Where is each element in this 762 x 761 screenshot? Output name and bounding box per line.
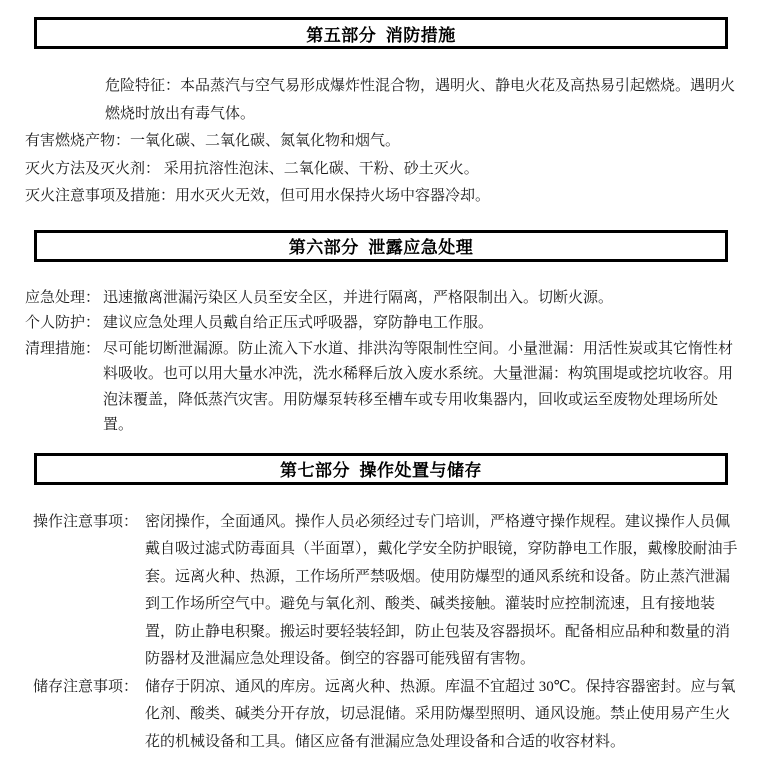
entry-label: 危险特征： [105,78,180,94]
entry-text: 建议应急处理人员戴自给正压式呼吸器，穿防静电工作服。 [103,311,738,337]
section-title-part6: 第六部分 泄露应急处理 [289,233,474,258]
entry-label: 应急处理： [25,286,100,312]
section-title-part5: 第五部分 消防措施 [306,21,456,46]
entry-part6-2: 清理措施：尽可能切断泄漏源。防止流入下水道、排洪沟等限制性空间。小量泄漏：用活性… [25,337,738,439]
entry-part5-1: 有害燃烧产物：一氧化碳、二氧化碳、氮氧化物和烟气。 [25,128,738,156]
entry-text: 本品蒸汽与空气易形成爆炸性混合物，遇明火、静电火花及高热易引起燃烧。遇明火燃烧时… [105,78,735,122]
entry-part7-1: 储存注意事项：储存于阴凉、通风的库房。远离火种、热源。库温不宜超过 30℃。保持… [25,674,738,757]
entry-text: 尽可能切断泄漏源。防止流入下水道、排洪沟等限制性空间。小量泄漏：用活性炭或其它惰… [103,337,738,439]
entry-text: 一氧化碳、二氧化碳、氮氧化物和烟气。 [130,133,400,149]
entry-text: 迅速撤离泄漏污染区人员至安全区，并进行隔离，严格限制出入。切断火源。 [103,286,738,312]
msds-document: 第五部分 消防措施危险特征：本品蒸汽与空气易形成爆炸性混合物，遇明火、静电火花及… [0,0,762,756]
section-body-part7: 操作注意事项：密闭操作，全面通风。操作人员必须经过专门培训，严格遵守操作规程。建… [0,509,762,757]
entry-text: 采用抗溶性泡沫、二氧化碳、干粉、砂土灭火。 [160,161,479,177]
entry-label: 储存注意事项： [33,674,138,757]
entry-part5-0: 危险特征：本品蒸汽与空气易形成爆炸性混合物，遇明火、静电火花及高热易引起燃烧。遇… [25,73,738,128]
section-title-part7: 第七部分 操作处置与储存 [280,456,482,481]
section-header-part6: 第六部分 泄露应急处理 [34,230,728,262]
entry-label: 灭火注意事项及措施： [25,188,175,204]
section-header-part7: 第七部分 操作处置与储存 [34,453,728,485]
entry-part5-2: 灭火方法及灭火剂： 采用抗溶性泡沫、二氧化碳、干粉、砂土灭火。 [25,156,738,184]
entry-part6-0: 应急处理：迅速撤离泄漏污染区人员至安全区，并进行隔离，严格限制出入。切断火源。 [25,286,738,312]
entry-label: 有害燃烧产物： [25,133,130,149]
section-body-part6: 应急处理：迅速撤离泄漏污染区人员至安全区，并进行隔离，严格限制出入。切断火源。个… [0,286,762,439]
entry-part5-3: 灭火注意事项及措施：用水灭火无效，但可用水保持火场中容器冷却。 [25,183,738,211]
entry-text: 用水灭火无效，但可用水保持火场中容器冷却。 [175,188,490,204]
entry-label: 灭火方法及灭火剂： [25,161,160,177]
entry-part6-1: 个人防护：建议应急处理人员戴自给正压式呼吸器，穿防静电工作服。 [25,311,738,337]
entry-label: 清理措施： [25,337,100,439]
section-body-part5: 危险特征：本品蒸汽与空气易形成爆炸性混合物，遇明火、静电火花及高热易引起燃烧。遇… [0,73,762,211]
entry-text: 密闭操作，全面通风。操作人员必须经过专门培训，严格遵守操作规程。建议操作人员佩戴… [145,509,738,674]
entry-part7-0: 操作注意事项：密闭操作，全面通风。操作人员必须经过专门培训，严格遵守操作规程。建… [25,509,738,674]
section-header-part5: 第五部分 消防措施 [34,17,728,49]
entry-text: 储存于阴凉、通风的库房。远离火种、热源。库温不宜超过 30℃。保持容器密封。应与… [145,674,738,757]
entry-label: 操作注意事项： [33,509,138,674]
entry-label: 个人防护： [25,311,100,337]
